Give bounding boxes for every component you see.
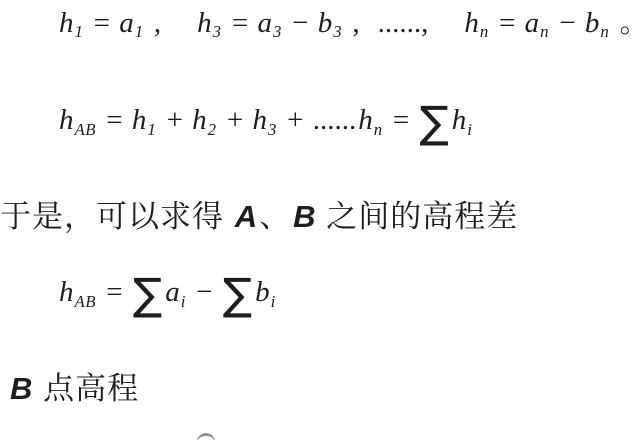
math-subscript: 3 bbox=[272, 22, 284, 41]
math-operator: = bbox=[85, 7, 118, 39]
cjk-text: 之间的高程差 bbox=[318, 199, 519, 234]
math-operator: − bbox=[188, 276, 221, 308]
math-subscript: i bbox=[466, 120, 474, 139]
math-operator: ...... bbox=[312, 104, 358, 136]
bold-italic-letter: B bbox=[291, 199, 317, 234]
bold-italic-letter: B bbox=[8, 371, 34, 406]
math-subscript: n bbox=[373, 120, 385, 139]
math-variable: h bbox=[251, 104, 267, 136]
math-operator: ......, bbox=[377, 7, 430, 39]
math-variable: h bbox=[191, 104, 207, 136]
math-operator: , bbox=[344, 7, 361, 39]
paragraph-elevation-difference-between-a-b: 于是，可以求得 A、B 之间的高程差 bbox=[0, 199, 518, 235]
math-operator: + bbox=[219, 104, 252, 136]
math-subscript: AB bbox=[74, 120, 99, 139]
math-subscript: 1 bbox=[134, 22, 146, 41]
math-subscript: 2 bbox=[207, 120, 219, 139]
sigma-symbol: ∑ bbox=[417, 98, 450, 148]
cutoff-formula-fragment bbox=[196, 433, 216, 440]
document-page: h1 = a1 ,h3 = a3 − b3 ,......,hn = an − … bbox=[0, 0, 640, 440]
math-variable: a bbox=[164, 276, 180, 308]
sigma-symbol: ∑ bbox=[221, 270, 254, 320]
math-subscript: 1 bbox=[146, 120, 158, 139]
formula-total-height-difference-sum-hi: hAB = h1 + h2 + h3 + ......hn = ∑hi bbox=[58, 98, 474, 148]
cjk-text: 、 bbox=[259, 199, 291, 234]
math-variable: h bbox=[131, 104, 147, 136]
math-subscript: n bbox=[539, 22, 551, 41]
math-subscript: AB bbox=[74, 292, 99, 311]
math-subscript: n bbox=[599, 22, 611, 41]
paragraph-point-b-elevation: B 点高程 bbox=[8, 371, 139, 407]
math-operator: = bbox=[385, 104, 418, 136]
math-operator: 。 bbox=[611, 7, 640, 39]
math-operator: − bbox=[551, 7, 584, 39]
math-variable: h bbox=[58, 276, 74, 308]
math-variable: h bbox=[463, 7, 479, 39]
cjk-text: 于是，可以求得 bbox=[0, 199, 233, 234]
math-variable: h bbox=[357, 104, 373, 136]
math-operator: + bbox=[158, 104, 191, 136]
math-operator: = bbox=[224, 7, 257, 39]
math-variable: h bbox=[451, 104, 467, 136]
math-variable: h bbox=[196, 7, 212, 39]
math-operator: , bbox=[146, 7, 163, 39]
math-operator: + bbox=[279, 104, 312, 136]
math-operator: = bbox=[491, 7, 524, 39]
math-variable: a bbox=[524, 7, 540, 39]
math-variable: b bbox=[317, 7, 333, 39]
math-operator: = bbox=[98, 276, 131, 308]
formula-per-station-height-differences: h1 = a1 ,h3 = a3 − b3 ,......,hn = an − … bbox=[58, 7, 640, 42]
math-subscript: 3 bbox=[332, 22, 344, 41]
math-subscript: i bbox=[270, 292, 278, 311]
formula-sum-ai-minus-sum-bi: hAB = ∑ai − ∑bi bbox=[58, 270, 278, 320]
math-variable: h bbox=[58, 7, 74, 39]
bold-italic-letter: A bbox=[233, 199, 259, 234]
math-variable: b bbox=[584, 7, 600, 39]
math-subscript: n bbox=[479, 22, 491, 41]
math-variable: h bbox=[58, 104, 74, 136]
math-variable: a bbox=[118, 7, 134, 39]
math-subscript: 1 bbox=[74, 22, 86, 41]
math-operator: − bbox=[284, 7, 317, 39]
sigma-symbol: ∑ bbox=[131, 270, 164, 320]
cjk-text: 点高程 bbox=[34, 371, 139, 406]
math-variable: b bbox=[254, 276, 270, 308]
math-subscript: 3 bbox=[212, 22, 224, 41]
math-subscript: 3 bbox=[267, 120, 279, 139]
math-subscript: i bbox=[180, 292, 188, 311]
math-variable: a bbox=[256, 7, 272, 39]
math-operator: = bbox=[98, 104, 131, 136]
